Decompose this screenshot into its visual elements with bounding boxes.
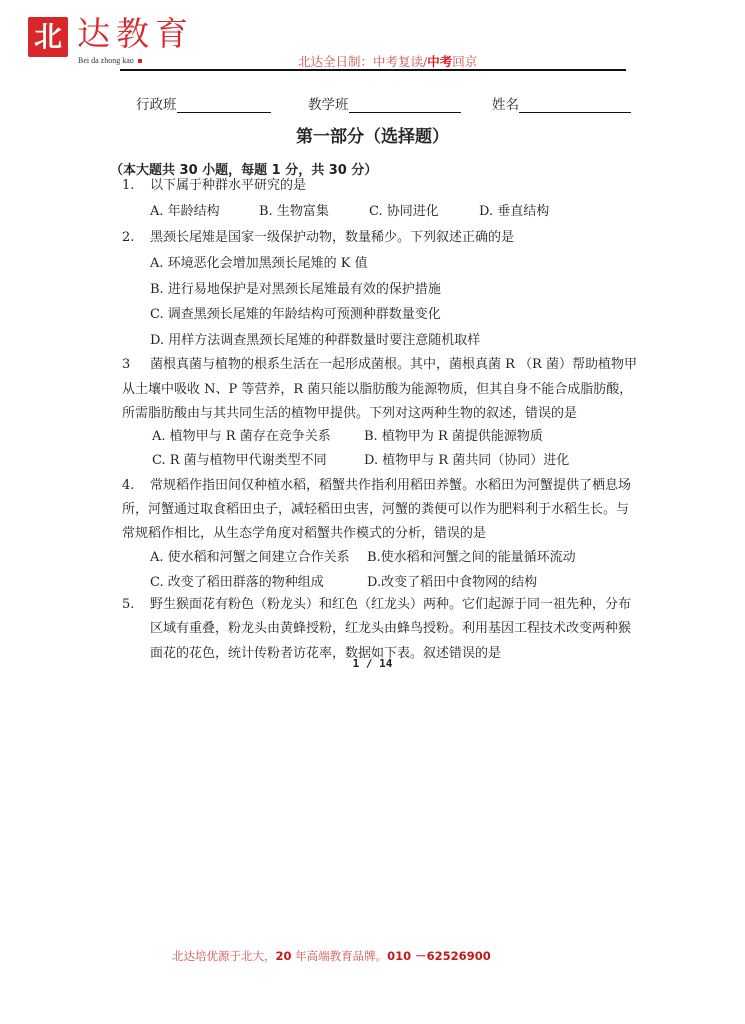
option-d[interactable]: D. 植物甲与 R 菌共同（协同）进化 bbox=[364, 452, 569, 470]
option-c[interactable]: C. 协同进化 bbox=[369, 203, 439, 221]
question-stem-line-2: 所，河蟹通过取食稻田虫子，减轻稻田虫害，河蟹的粪便可以作为肥料利于水稻生长。与 bbox=[122, 501, 629, 519]
option-d[interactable]: D. 用样方法调查黑颈长尾雉的种群数量时要注意随机取样 bbox=[150, 332, 480, 350]
tagline-part2: 回京 bbox=[452, 54, 477, 69]
option-b[interactable]: B. 进行易地保护是对黑颈长尾雉最有效的保护措施 bbox=[150, 281, 441, 299]
question-stem-line-2: 从土壤中吸收 N、P 等营养，R 菌只能以脂肪酸为能源物质，但其自身不能合成脂肪… bbox=[122, 381, 632, 399]
student-info-fields: 行政班 教学班 姓名 bbox=[136, 93, 656, 115]
question-stem: 以下属于种群水平研究的是 bbox=[150, 177, 306, 195]
question-stem-line-3: 所需脂肪酸由与其共同生活的植物甲提供。下列对这两种生物的叙述，错误的是 bbox=[122, 405, 577, 423]
option-d[interactable]: D.改变了稻田中食物网的结构 bbox=[367, 574, 537, 592]
option-d[interactable]: D. 垂直结构 bbox=[479, 203, 549, 221]
section-title: 第一部分（选择题） bbox=[0, 122, 745, 147]
teaching-class-blank[interactable] bbox=[349, 98, 461, 113]
question-stem-line-1: 野生猴面花有粉色（粉龙头）和红色（红龙头）两种。它们起源于同一祖先种，分布 bbox=[150, 596, 631, 614]
option-c[interactable]: C. 改变了稻田群落的物种组成 bbox=[150, 574, 324, 592]
field-teaching-class: 教学班 bbox=[308, 93, 461, 113]
question-number: 2. bbox=[122, 229, 134, 247]
admin-class-blank[interactable] bbox=[177, 98, 271, 113]
footer-part1: 北达培优源于北大， bbox=[172, 949, 276, 963]
option-b[interactable]: B. 植物甲为 R 菌提供能源物质 bbox=[364, 428, 543, 446]
page-number: 1 / 14 bbox=[0, 657, 745, 670]
option-c[interactable]: C. 调查黑颈长尾雉的年龄结构可预测种群数量变化 bbox=[150, 306, 441, 324]
name-blank[interactable] bbox=[519, 98, 631, 113]
option-a[interactable]: A. 植物甲与 R 菌存在竞争关系 bbox=[152, 428, 331, 446]
footer-part2: 年高端教育品牌。 bbox=[292, 949, 388, 963]
question-stem-line-1: 菌根真菌与植物的根系生活在一起形成菌根。其中，菌根真菌 R （R 菌）帮助植物甲 bbox=[150, 356, 637, 374]
logo-name: 达教育 bbox=[77, 16, 194, 52]
question-stem-line-3: 常规稻作相比，从生态学角度对稻蟹共作模式的分析，错误的是 bbox=[122, 525, 486, 543]
logo-subtitle-text: Bei da zhong kao bbox=[78, 56, 134, 65]
field-label: 姓名 bbox=[492, 97, 519, 113]
logo-subtitle: Bei da zhong kao bbox=[78, 56, 142, 65]
footer-bold1: 20 bbox=[276, 949, 292, 963]
header-divider bbox=[120, 69, 626, 71]
footer-phone: 010 －62526900 bbox=[387, 949, 491, 963]
option-a[interactable]: A. 环境恶化会增加黑颈长尾雉的 K 值 bbox=[150, 255, 368, 273]
question-number: 5. bbox=[122, 596, 134, 614]
tagline-bold: 中考 bbox=[427, 54, 452, 69]
section-instructions: （本大题共 30 小题，每题 1 分，共 30 分） bbox=[110, 159, 377, 178]
field-label: 教学班 bbox=[308, 97, 349, 113]
field-name: 姓名 bbox=[492, 93, 631, 113]
question-number: 4. bbox=[122, 477, 134, 495]
logo-seal-icon: 北 bbox=[28, 17, 68, 57]
logo-dot-icon bbox=[138, 59, 142, 63]
option-b[interactable]: B. 生物富集 bbox=[259, 203, 329, 221]
footer-slogan: 北达培优源于北大，20 年高端教育品牌。010 －62526900 bbox=[172, 948, 491, 964]
brand-logo: 北 达教育 Bei da zhong kao bbox=[22, 12, 242, 66]
question-stem-line-2: 区域有重叠，粉龙头由黄蜂授粉，红龙头由蜂鸟授粉。利用基因工程技术改变两种猴 bbox=[150, 620, 631, 638]
option-a[interactable]: A. 使水稻和河蟹之间建立合作关系 bbox=[150, 549, 350, 567]
field-label: 行政班 bbox=[136, 97, 177, 113]
option-a[interactable]: A. 年龄结构 bbox=[150, 203, 220, 221]
question-number: 1. bbox=[122, 177, 134, 195]
question-stem-line-1: 常规稻作指田间仅种植水稻，稻蟹共作指利用稻田养蟹。水稻田为河蟹提供了栖息场 bbox=[150, 477, 631, 495]
header-tagline: 北达全日制：中考复读/中考回京 bbox=[298, 52, 477, 70]
question-number: 3 bbox=[122, 356, 130, 374]
tagline-part1: 北达全日制：中考复读/ bbox=[298, 54, 427, 69]
option-c[interactable]: C. R 菌与植物甲代谢类型不同 bbox=[152, 452, 327, 470]
field-admin-class: 行政班 bbox=[136, 93, 271, 113]
question-stem: 黑颈长尾雉是国家一级保护动物，数量稀少。下列叙述正确的是 bbox=[150, 229, 514, 247]
option-b[interactable]: B.使水稻和河蟹之间的能量循环流动 bbox=[367, 549, 576, 567]
